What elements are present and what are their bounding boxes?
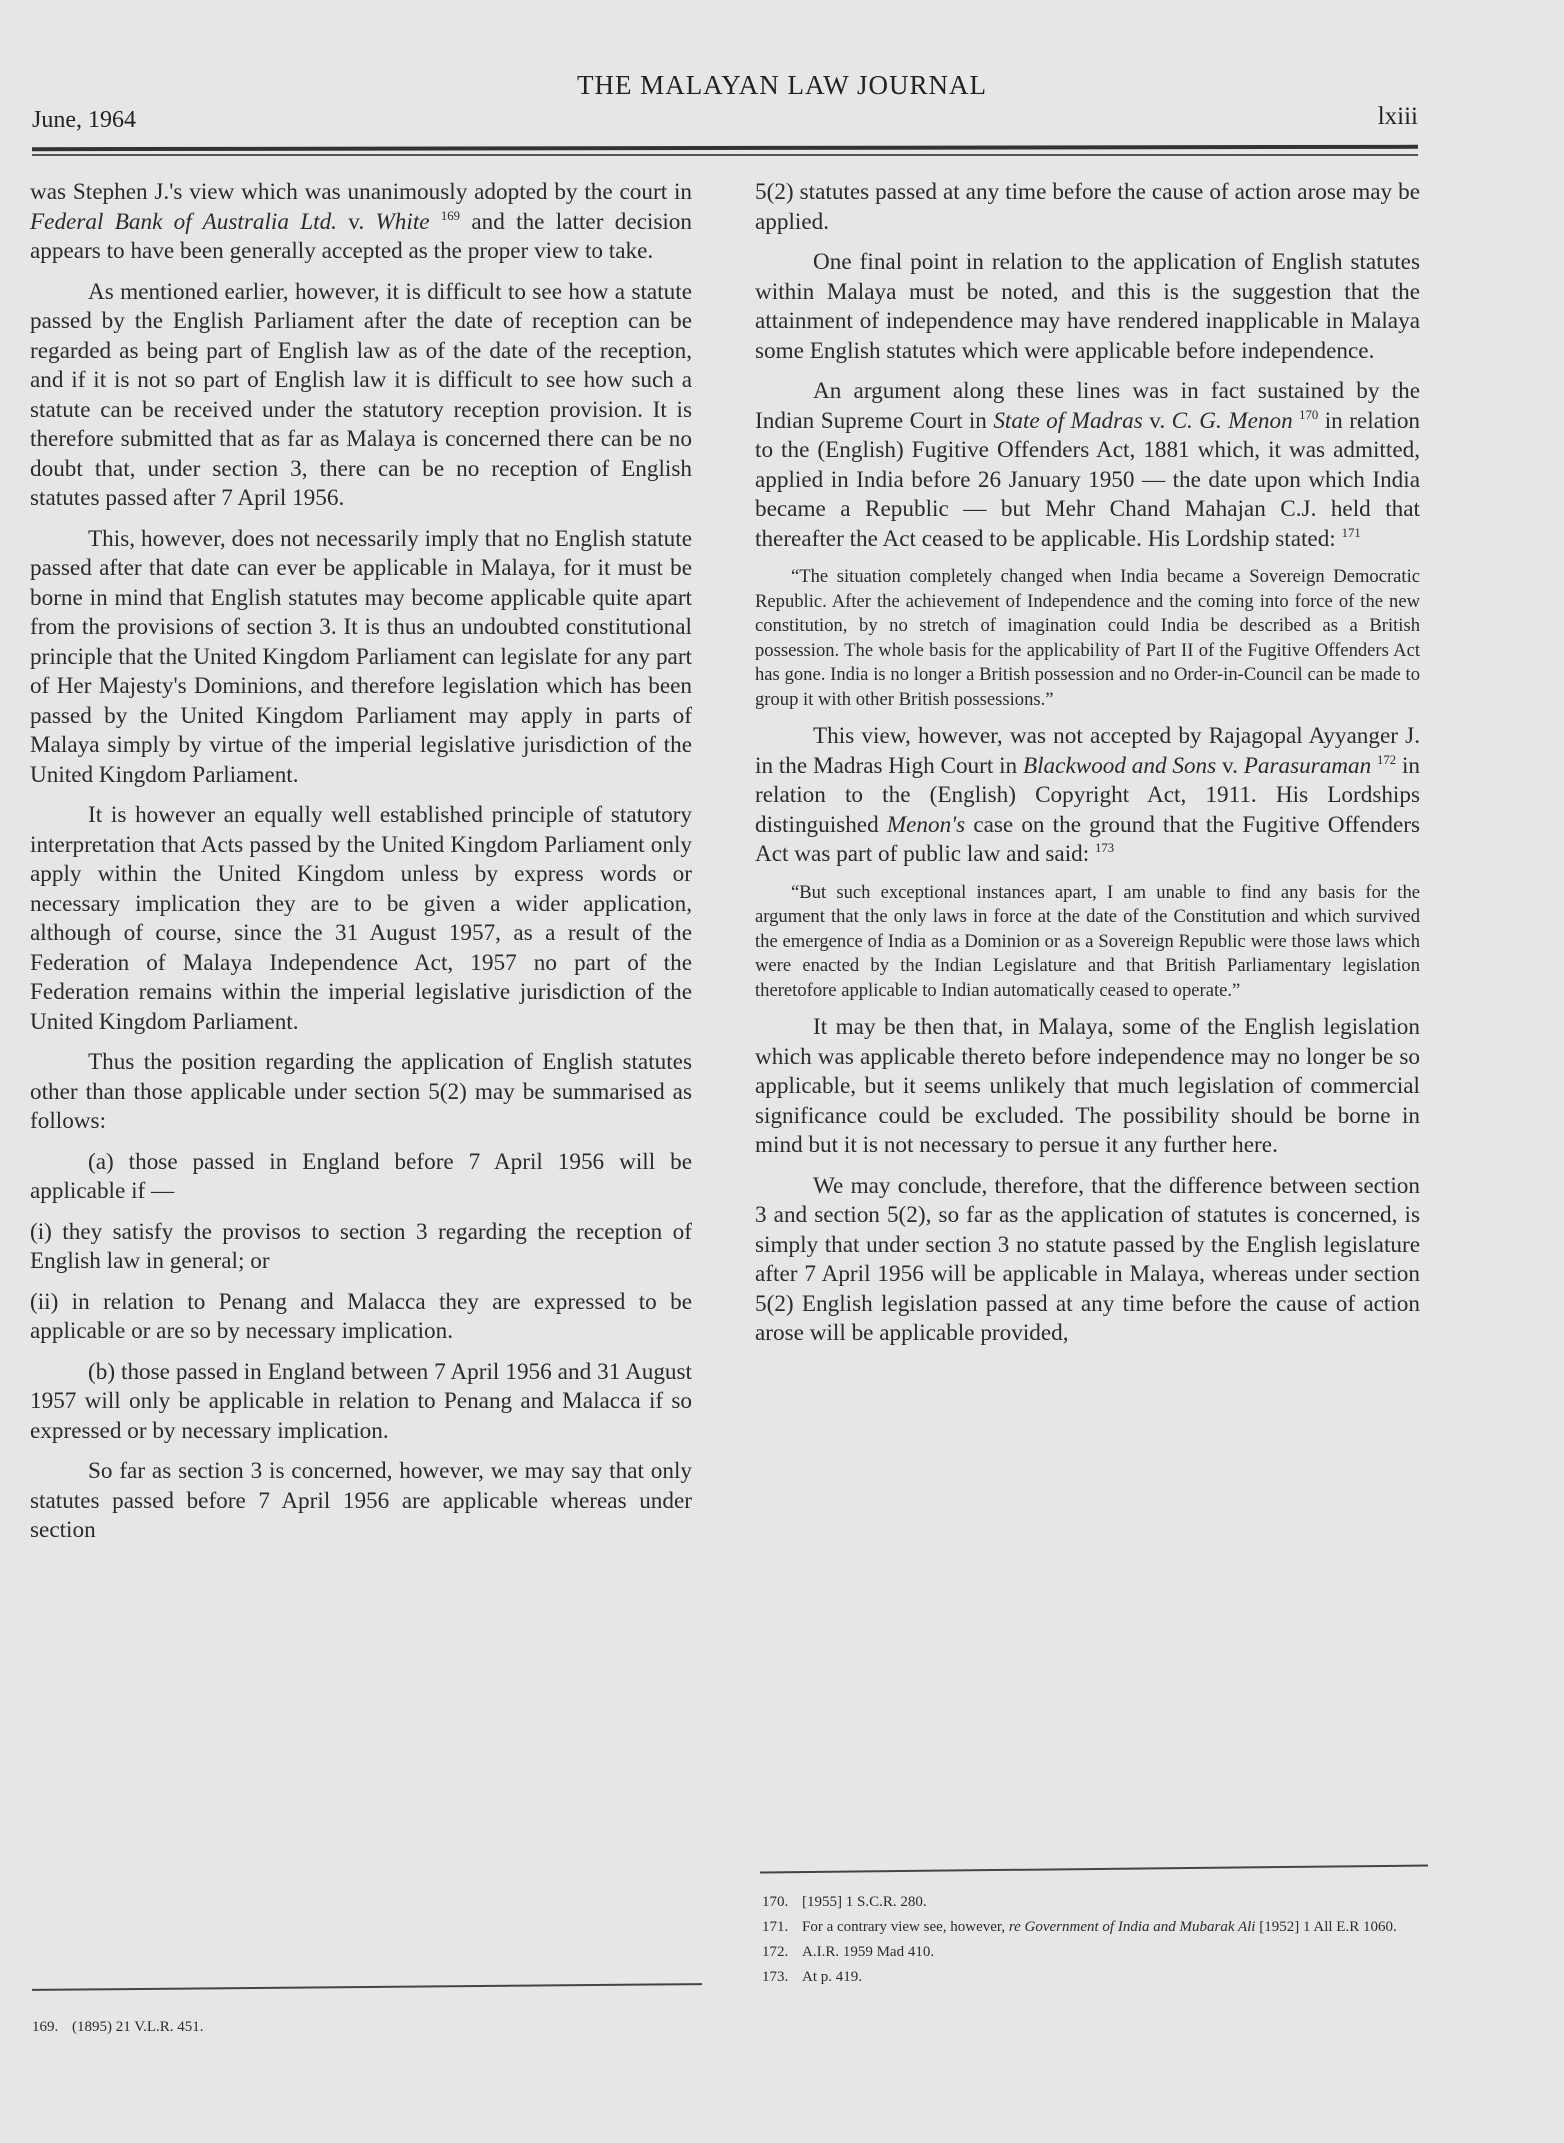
footnote: 172. A.I.R. 1959 Mad 410.	[762, 1943, 1432, 1962]
footnote-ref[interactable]: 172	[1377, 753, 1396, 767]
header-rule-thick	[32, 145, 1418, 151]
footnote: 170. [1955] 1 S.C.R. 280.	[762, 1893, 1432, 1912]
issue-date: June, 1964	[32, 107, 136, 134]
paragraph: It is however an equally well establishe…	[30, 801, 692, 1037]
footnote-ref[interactable]: 169	[441, 209, 460, 223]
footnote: 169. (1895) 21 V.L.R. 451.	[32, 2018, 692, 2037]
page-number: lxiii	[1378, 103, 1418, 131]
footnotes-right: 170. [1955] 1 S.C.R. 280. 171. For a con…	[762, 1893, 1432, 1993]
paragraph: So far as section 3 is concerned, howeve…	[30, 1457, 692, 1546]
paragraph: Thus the position regarding the applicat…	[30, 1048, 692, 1137]
footnote-ref[interactable]: 171	[1342, 526, 1361, 540]
paragraph: We may conclude, therefore, that the dif…	[755, 1172, 1420, 1349]
case-name: Parasuraman	[1244, 753, 1372, 779]
list-item-ii: (ii) in relation to Penang and Malacca t…	[30, 1288, 692, 1347]
footnote-ref[interactable]: 173	[1095, 841, 1114, 855]
footnote: 173. At p. 419.	[762, 1968, 1432, 1987]
case-name: White	[375, 209, 429, 235]
case-name: Menon's	[887, 812, 965, 838]
header-rule-thin	[32, 154, 1418, 156]
list-item-i: (i) they satisfy the provisos to section…	[30, 1218, 692, 1277]
block-quote: “But such exceptional instances apart, I…	[755, 881, 1420, 1004]
footnote-ref[interactable]: 170	[1299, 408, 1318, 422]
case-name: C. G. Menon	[1172, 408, 1293, 434]
footnote-rule	[760, 1865, 1428, 1874]
paragraph: It may be then that, in Malaya, some of …	[755, 1013, 1420, 1161]
paragraph: One final point in relation to the appli…	[755, 248, 1420, 366]
case-name: re Government of India and Mubarak Ali	[1009, 1919, 1256, 1935]
paragraph: This view, however, was not accepted by …	[755, 722, 1420, 870]
footnote: 171. For a contrary view see, however, r…	[762, 1918, 1432, 1937]
list-item-b: (b) those passed in England between 7 Ap…	[30, 1358, 692, 1447]
paragraph: An argument along these lines was in fac…	[755, 377, 1420, 554]
list-item-a: (a) those passed in England before 7 Apr…	[30, 1148, 692, 1207]
case-name: Federal Bank of Australia Ltd.	[30, 209, 337, 235]
right-column: 5(2) statutes passed at any time before …	[755, 178, 1420, 1360]
journal-page: THE MALAYAN LAW JOURNAL June, 1964 lxiii…	[0, 0, 1564, 2143]
case-name: Blackwood and Sons	[1023, 753, 1216, 779]
journal-title: THE MALAYAN LAW JOURNAL	[0, 70, 1564, 101]
footnote-rule	[32, 1983, 702, 1991]
paragraph: was Stephen J.'s view which was unanimou…	[30, 178, 692, 267]
block-quote: “The situation completely changed when I…	[755, 565, 1420, 712]
footnotes-left: 169. (1895) 21 V.L.R. 451.	[32, 2018, 692, 2043]
case-name: State of Madras	[993, 408, 1142, 434]
paragraph: 5(2) statutes passed at any time before …	[755, 178, 1420, 237]
left-column: was Stephen J.'s view which was unanimou…	[30, 178, 692, 1557]
paragraph: As mentioned earlier, however, it is dif…	[30, 278, 692, 514]
paragraph: This, however, does not necessarily impl…	[30, 525, 692, 791]
